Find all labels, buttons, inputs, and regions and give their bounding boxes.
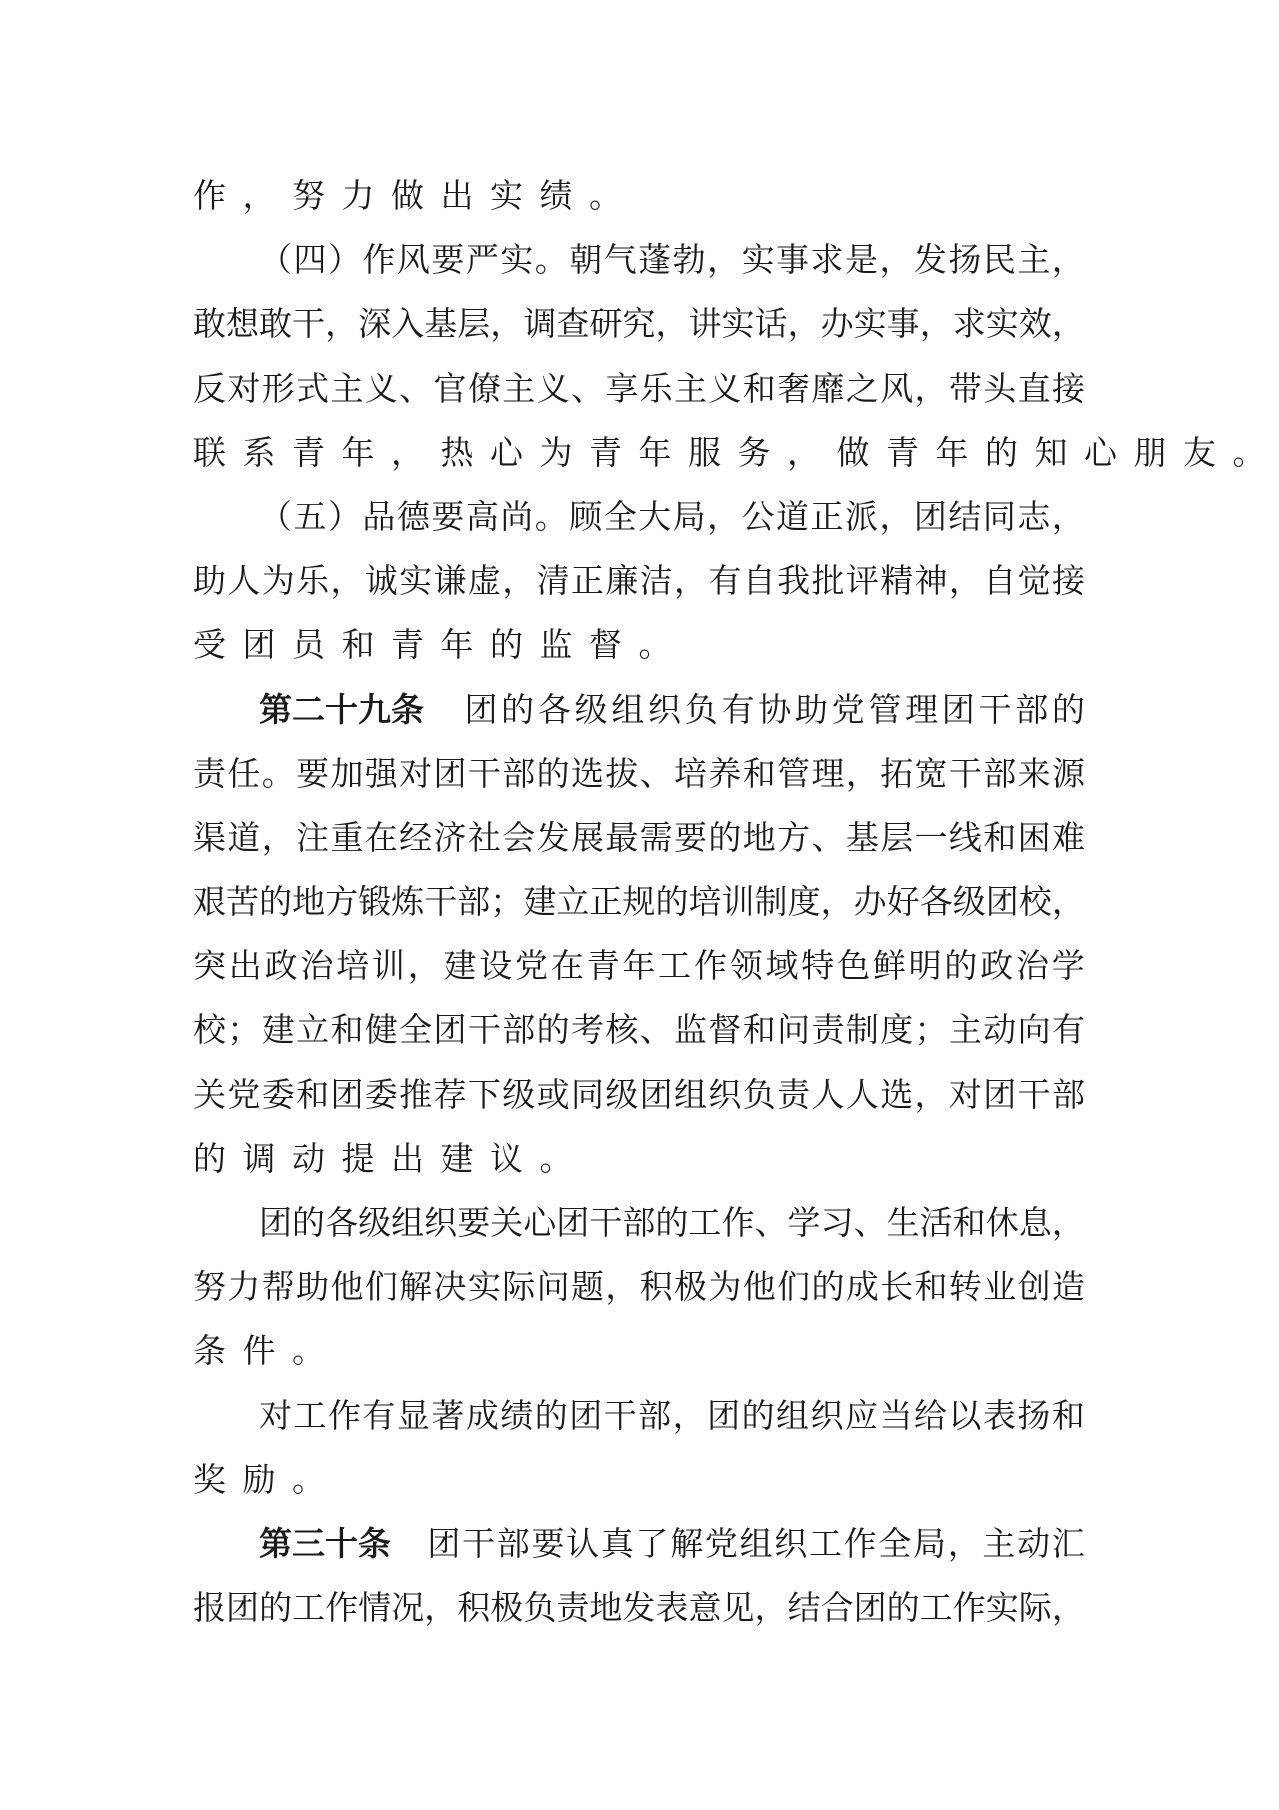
- heading-gap: [393, 1512, 426, 1576]
- text-line: 作，努力做出实绩。: [193, 164, 1085, 228]
- article-heading-line: 第二十九条团的各级组织负有协助党管理团干部的: [193, 678, 1085, 742]
- text-line: 奖励。: [193, 1448, 1085, 1512]
- document-body: 作，努力做出实绩。（四）作风要严实。朝气蓬勃，实事求是，发扬民主，敢想敢干，深入…: [193, 164, 1085, 1640]
- text-line: 助人为乐，诚实谦虚，清正廉洁，有自我批评精神，自觉接: [193, 549, 1085, 613]
- text-line: 关党委和团委推荐下级或同级团组织负责人人选，对团干部: [193, 1063, 1085, 1127]
- document-page: 作，努力做出实绩。（四）作风要严实。朝气蓬勃，实事求是，发扬民主，敢想敢干，深入…: [0, 0, 1279, 1810]
- text-line: 敢想敢干，深入基层，调查研究，讲实话，办实事，求实效，: [193, 292, 1085, 356]
- text-line: 的调动提出建议。: [193, 1127, 1085, 1191]
- text-line: 艰苦的地方锻炼干部；建立正规的培训制度，办好各级团校，: [193, 870, 1085, 934]
- text-line: 条件。: [193, 1319, 1085, 1383]
- text-line: （四）作风要严实。朝气蓬勃，实事求是，发扬民主，: [193, 228, 1085, 292]
- text-line: 受团员和青年的监督。: [193, 613, 1085, 677]
- text-line: 突出政治培训，建设党在青年工作领域特色鲜明的政治学: [193, 934, 1085, 998]
- text-line: 联系青年，热心为青年服务，做青年的知心朋友。: [193, 421, 1085, 485]
- article-number: 第二十九条: [259, 678, 424, 742]
- text-line: 努力帮助他们解决实际问题，积极为他们的成长和转业创造: [193, 1255, 1085, 1319]
- article-heading-line: 第三十条团干部要认真了解党组织工作全局，主动汇: [193, 1512, 1085, 1576]
- text-line: 渠道，注重在经济社会发展最需要的地方、基层一线和困难: [193, 806, 1085, 870]
- text-line: 对工作有显著成绩的团干部，团的组织应当给以表扬和: [193, 1384, 1085, 1448]
- text-line: 报团的工作情况，积极负责地发表意见，结合团的工作实际，: [193, 1576, 1085, 1640]
- text-line: （五）品德要高尚。顾全大局，公道正派，团结同志，: [193, 485, 1085, 549]
- text-line: 校；建立和健全团干部的考核、监督和问责制度；主动向有: [193, 998, 1085, 1062]
- article-number: 第三十条: [259, 1512, 391, 1576]
- heading-gap: [428, 678, 461, 742]
- text-line: 反对形式主义、官僚主义、享乐主义和奢靡之风，带头直接: [193, 357, 1085, 421]
- text-line: 团的各级组织要关心团干部的工作、学习、生活和休息，: [193, 1191, 1085, 1255]
- text-line: 责任。要加强对团干部的选拔、培养和管理，拓宽干部来源: [193, 742, 1085, 806]
